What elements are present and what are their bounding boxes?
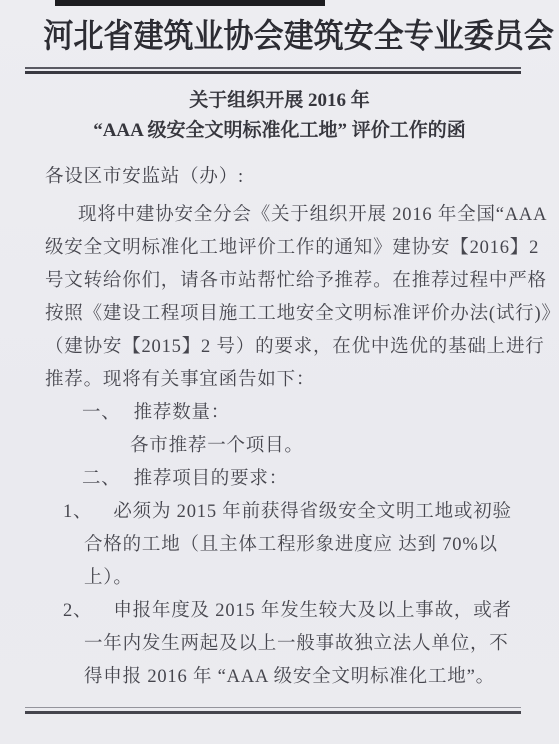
list-marker: 一、 xyxy=(82,397,121,430)
body-line: 1、必须为 2015 年前获得省级安全文明工地或初验 xyxy=(45,496,521,529)
body-line: 各市推荐一个项目。 xyxy=(45,430,521,463)
list-marker: 2、 xyxy=(63,595,92,628)
body-line: 号文转给你们，请各市站帮忙给予推荐。在推荐过程中严格 xyxy=(45,265,521,298)
letterhead-org-name: 河北省建筑业协会建筑安全专业委员会 xyxy=(43,14,515,60)
body-line: 一、推荐数量： xyxy=(45,397,521,430)
body-line: 2、申报年度及 2015 年发生较大及以上事故，或者 xyxy=(45,595,521,628)
line-text: 申报年度及 2015 年发生较大及以上事故，或者 xyxy=(113,601,511,621)
line-text: 推荐项目的要求： xyxy=(134,469,288,489)
line-text: 推荐数量： xyxy=(134,403,231,423)
body-line: 合格的工地（且主体工程形象进度应 达到 70%以 xyxy=(45,529,521,562)
line-text: 必须为 2015 年前获得省级安全文明工地或初验 xyxy=(113,502,511,522)
body-line: 二、推荐项目的要求： xyxy=(45,463,521,496)
list-marker: 二、 xyxy=(82,463,121,496)
body-line: 一年内发生两起及以上一般事故独立法人单位，不 xyxy=(45,628,521,661)
document-body: 现将中建协安全分会《关于组织开展 2016 年全国“AAA级安全文明标准化工地评… xyxy=(45,199,521,694)
scan-artifact-bar xyxy=(55,0,325,6)
body-line: 级安全文明标准化工地评价工作的通知》建协安【2016】2 xyxy=(45,232,521,265)
document-title-line2: “AAA 级安全文明标准化工地” 评价工作的函 xyxy=(0,120,559,142)
document-title-line1: 关于组织开展 2016 年 xyxy=(0,90,559,112)
footer-divider xyxy=(25,707,521,714)
scanned-letter-page: 河北省建筑业协会建筑安全专业委员会 关于组织开展 2016 年 “AAA 级安全… xyxy=(0,0,559,744)
salutation: 各设区市安监站（办）: xyxy=(45,165,521,189)
body-line: 得申报 2016 年 “AAA 级安全文明标准化工地”。 xyxy=(45,661,521,694)
body-line: （建协安【2015】2 号）的要求，在优中选优的基础上进行 xyxy=(45,331,521,364)
letterhead-divider xyxy=(25,67,521,74)
body-line: 现将中建协安全分会《关于组织开展 2016 年全国“AAA xyxy=(45,199,521,232)
body-line: 按照《建设工程项目施工工地安全文明标准评价办法(试行)》 xyxy=(45,298,521,331)
body-line: 上）。 xyxy=(45,562,521,595)
body-line: 推荐。现将有关事宜函告如下： xyxy=(45,364,521,397)
list-marker: 1、 xyxy=(63,496,92,529)
